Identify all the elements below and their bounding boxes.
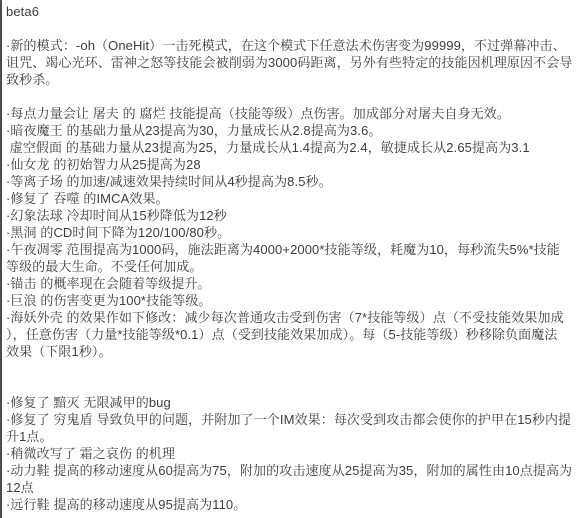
version-title: beta6 <box>6 3 577 20</box>
changelog-line: ·暗夜魔王 的基础力量从23提高为30，力量成长从2.8提高为3.6。 <box>6 122 577 139</box>
changelog-line: ·远行鞋 提高的移动速度从95提高为110。 <box>6 496 577 513</box>
changelog-line: ·动力鞋 提高的移动速度从60提高为75，附加的攻击速度从25提高为35，附加的… <box>6 462 577 479</box>
changelog-line: 效果（下限1秒）。 <box>6 343 577 360</box>
changelog-line: 等级的最大生命。不受任何加成。 <box>6 258 577 275</box>
changelog-line: ·幻象法球 冷却时间从15秒降低为12秒 <box>6 207 577 224</box>
changelog-line: 致秒杀。 <box>6 71 577 88</box>
changelog-line: ·稍微改写了 霜之哀伤 的机理 <box>6 445 577 462</box>
changelog-line: ·修复了 吞噬 的IMCA效果。 <box>6 190 577 207</box>
blank-line <box>6 88 577 105</box>
changelog-line: ），任意伤害（力量*技能等级*0.1）点（受到技能效果加成）。每（5-技能等级）… <box>6 326 577 343</box>
blank-lines <box>6 360 577 394</box>
changelog-line: 诅咒、竭心光环、雷神之怒等技能会被削弱为3000码距离，另外有些特定的技能因机理… <box>6 54 577 71</box>
changelog-line: ·海妖外壳 的效果作如下修改：减少每次普通攻击受到伤害（7*技能等级）点（不受技… <box>6 309 577 326</box>
changelog-line: ·午夜凋零 范围提高为1000码，施法距离为4000+2000*技能等级，耗魔为… <box>6 241 577 258</box>
changelog-document: beta6 ·新的模式：-oh（OneHit）一击死模式，在这个模式下任意法术伤… <box>0 0 581 518</box>
changelog-line: ·修复了 黯灭 无限减甲的bug <box>6 394 577 411</box>
changelog-line: ·每点力量会让 屠夫 的 腐烂 技能提高（技能等级）点伤害。加成部分对屠夫自身无… <box>6 105 577 122</box>
changelog-line: ·仙女龙 的初始智力从25提高为28 <box>6 156 577 173</box>
changelog-line: 12点 <box>6 479 577 496</box>
blank-line <box>6 20 577 37</box>
changelog-line: ·巨浪 的伤害变更为100*技能等级。 <box>6 292 577 309</box>
changelog-line: ·锚击 的概率现在会随着等级提升。 <box>6 275 577 292</box>
changelog-line: 升1点。 <box>6 428 577 445</box>
changelog-line: 虚空假面 的基础力量从23提高为25，力量成长从1.4提高为2.4，敏捷成长从2… <box>6 139 577 156</box>
changelog-line: ·黑洞 的CD时间下降为120/100/80秒。 <box>6 224 577 241</box>
changelog-line: ·等离子场 的加速/减速效果持续时间从4秒提高为8.5秒。 <box>6 173 577 190</box>
changelog-line: ·新的模式：-oh（OneHit）一击死模式，在这个模式下任意法术伤害变为999… <box>6 37 577 54</box>
changelog-line: ·修复了 穷鬼盾 导致负甲的问题，并附加了一个IM效果：每次受到攻击都会使你的护… <box>6 411 577 428</box>
